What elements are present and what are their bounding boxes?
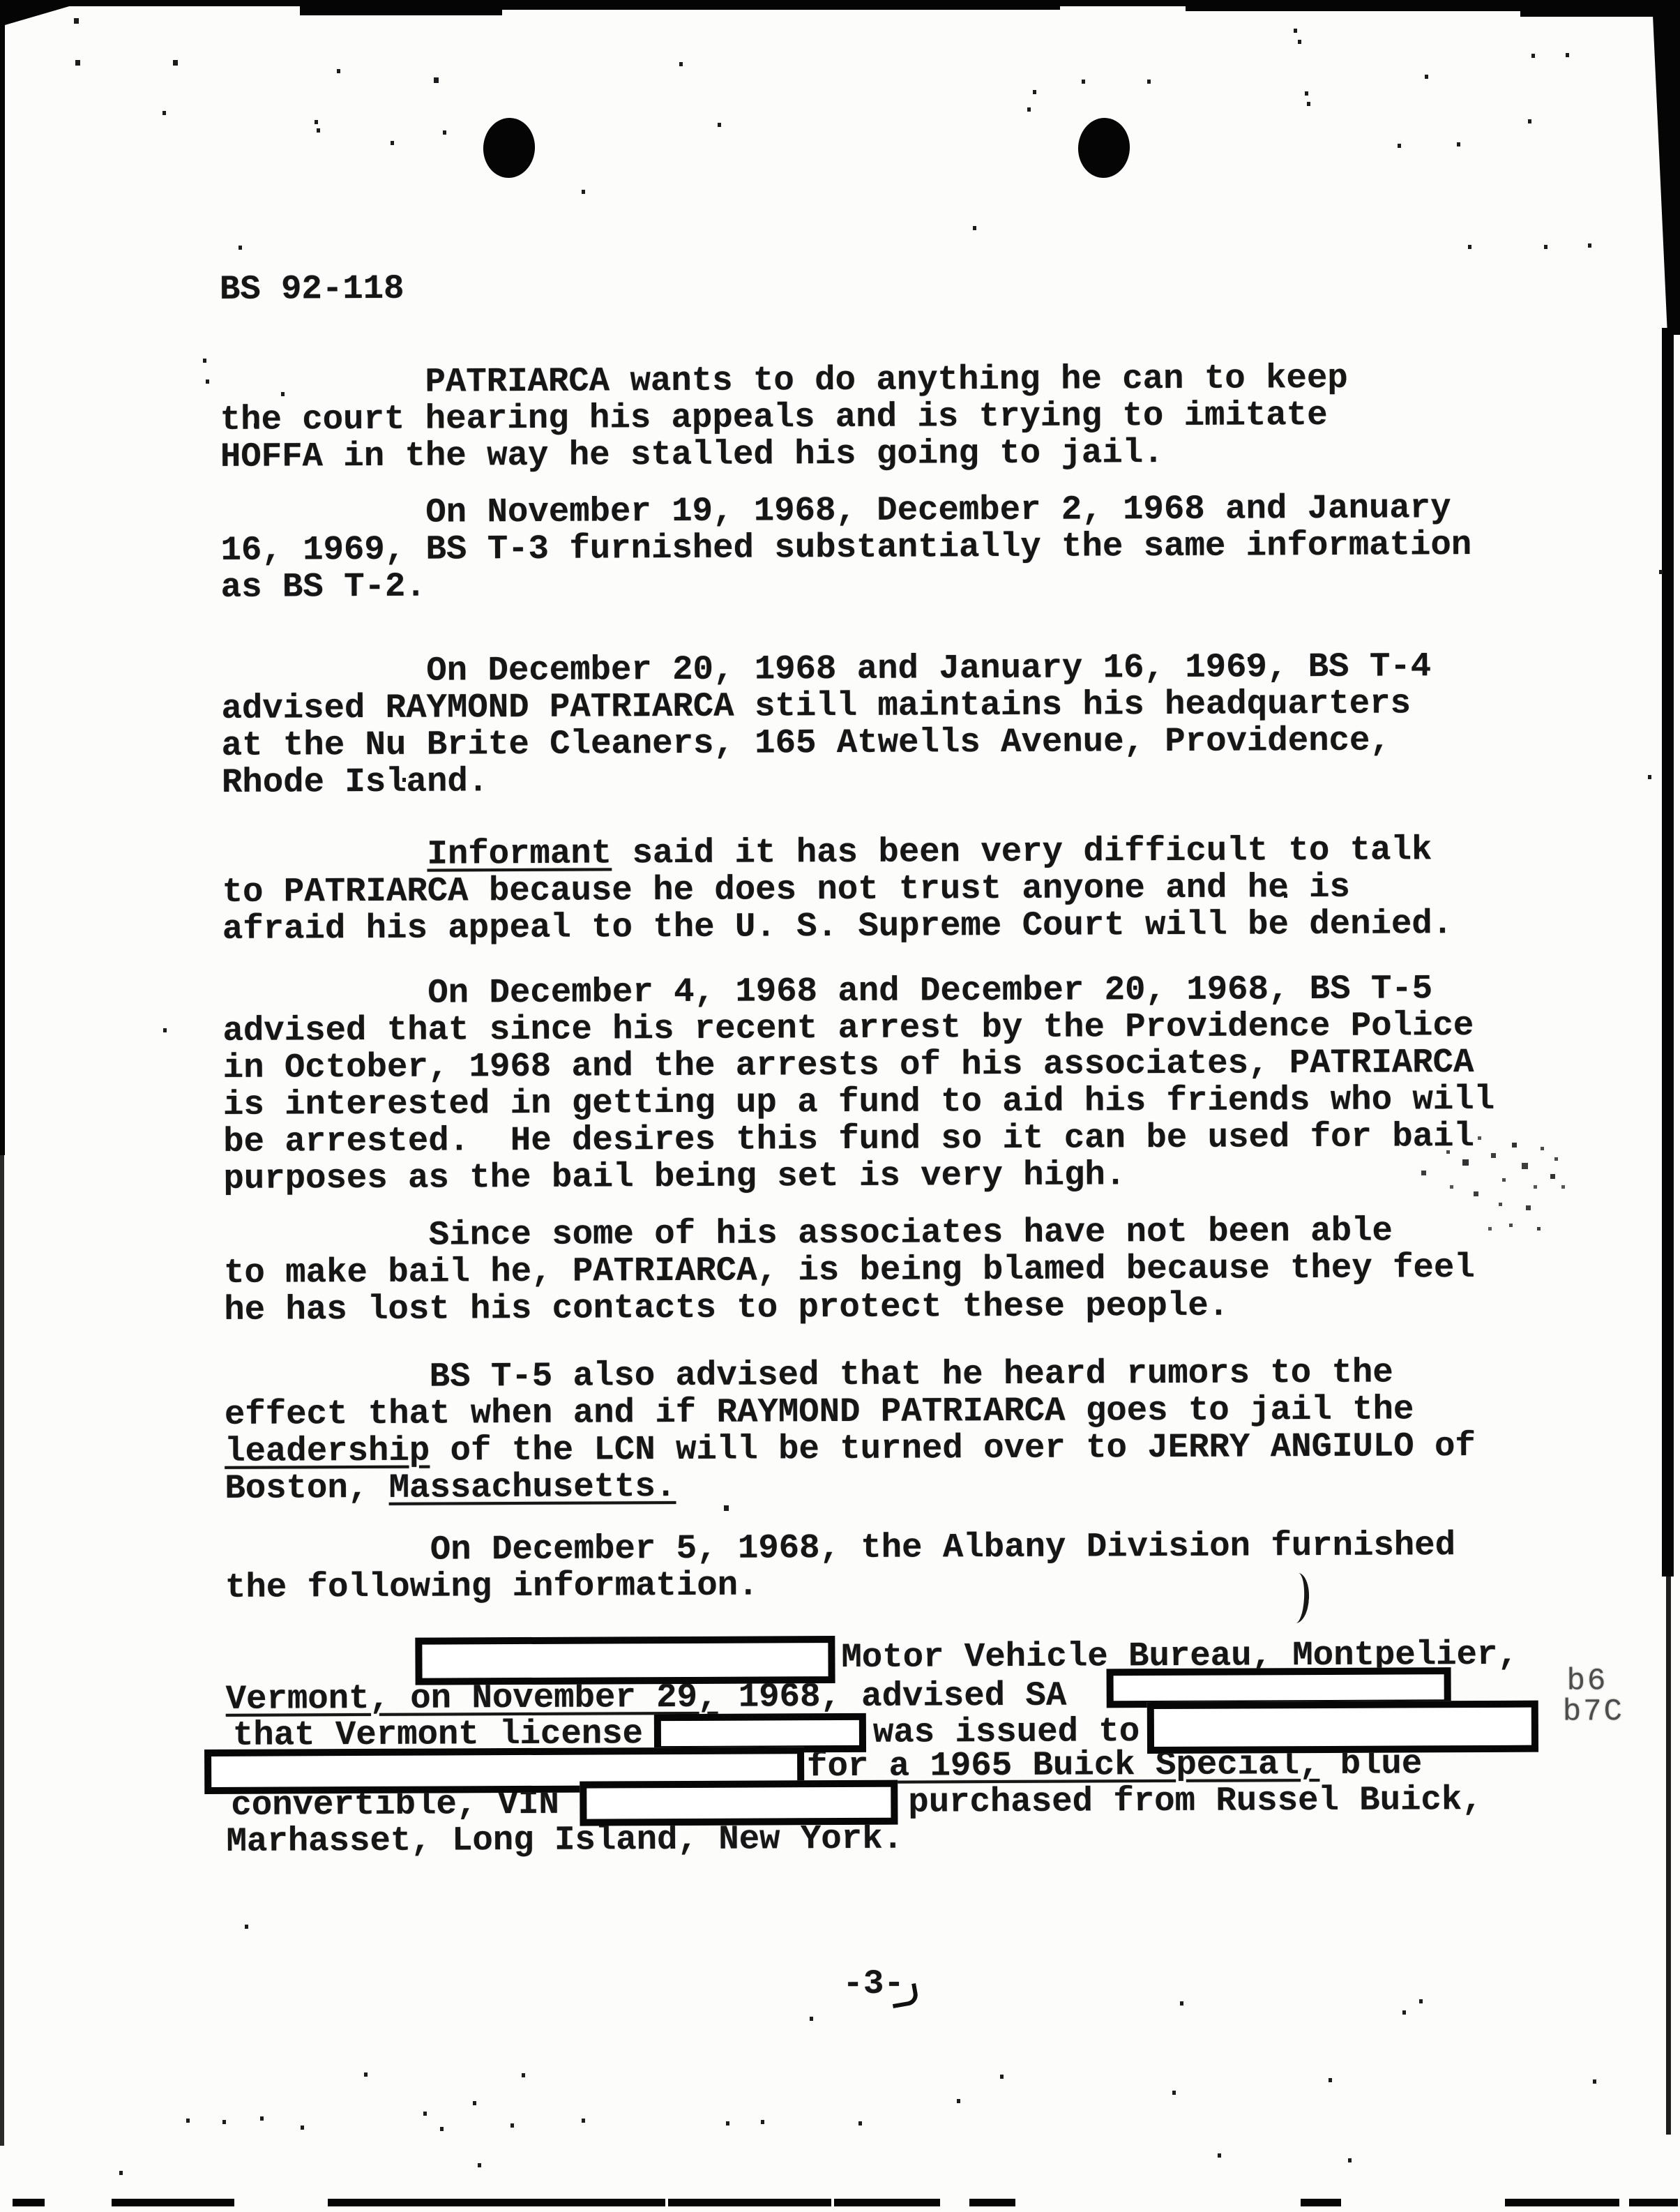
text-segment: Boston, bbox=[225, 1468, 388, 1508]
text-line: to make bail he, PATRIARCA, is being bla… bbox=[224, 1249, 1475, 1292]
text-segment: 16, 1969, BS T-3 furnished substantially… bbox=[220, 525, 1471, 570]
exemption-code-b7c: b7C bbox=[1563, 1696, 1624, 1728]
text-segment: of the LCN will be turned over to JERRY … bbox=[430, 1427, 1476, 1470]
text-line: the following information. bbox=[225, 1564, 1456, 1607]
redaction-box bbox=[580, 1780, 898, 1826]
text-segment: afraid his appeal to the U. S. Supreme C… bbox=[222, 904, 1453, 949]
text-line: as BS T-2. bbox=[221, 564, 1472, 606]
underlined-text: Massachusetts. bbox=[389, 1467, 676, 1507]
text-line: the court hearing his appeals and is try… bbox=[220, 397, 1348, 439]
text-segment: be arrested. He desires this fund so it … bbox=[223, 1117, 1474, 1161]
text-segment: to make bail he, PATRIARCA, is being bla… bbox=[224, 1248, 1475, 1293]
page-number: -3- bbox=[842, 1966, 904, 2003]
text-line: he has lost his contacts to protect thes… bbox=[224, 1286, 1475, 1329]
paragraph: PATRIARCA wants to do anything he can to… bbox=[220, 360, 1348, 476]
text-line: Rhode Island. bbox=[222, 759, 1432, 802]
text-segment: Rhode Island. bbox=[222, 762, 489, 802]
text-segment: he has lost his contacts to protect thes… bbox=[224, 1286, 1229, 1330]
text-line: be arrested. He desires this fund so it … bbox=[223, 1118, 1494, 1161]
text-line: On December 5, 1968, the Albany Division… bbox=[225, 1527, 1456, 1570]
redaction-box bbox=[1147, 1701, 1538, 1754]
text-line: at the Nu Brite Cleaners, 165 Atwells Av… bbox=[222, 722, 1432, 765]
text-line: purposes as the bail being set is very h… bbox=[223, 1155, 1494, 1198]
scanned-document-page: BS 92-118 PATRIARCA wants to do anything… bbox=[0, 0, 1680, 2212]
text-segment: as BS T-2. bbox=[221, 567, 426, 607]
exemption-code-b6: b6 bbox=[1567, 1665, 1608, 1697]
text-line: HOFFA in the way he stalled his going to… bbox=[220, 434, 1348, 476]
text-line: 16, 1969, BS T-3 furnished substantially… bbox=[220, 527, 1471, 569]
redaction-box bbox=[415, 1636, 835, 1685]
file-number: BS 92-118 bbox=[220, 271, 404, 308]
text-segment bbox=[222, 835, 427, 875]
text-line: leadership of the LCN will be turned ove… bbox=[225, 1428, 1476, 1470]
document-content: BS 92-118 PATRIARCA wants to do anything… bbox=[0, 0, 1680, 2212]
paragraph: On December 4, 1968 and December 20, 196… bbox=[222, 970, 1494, 1198]
text-segment: at the Nu Brite Cleaners, 165 Atwells Av… bbox=[222, 721, 1391, 765]
text-line: purchased from Russel Buick, bbox=[908, 1782, 1483, 1821]
paragraph: Since some of his associates have not be… bbox=[224, 1212, 1475, 1329]
text-line: Boston, Massachusetts. bbox=[225, 1465, 1476, 1507]
underlined-text: leadership bbox=[225, 1431, 430, 1471]
text-segment: HOFFA in the way he stalled his going to… bbox=[220, 433, 1164, 476]
paragraph: On December 5, 1968, the Albany Division… bbox=[225, 1527, 1456, 1607]
paragraph: On November 19, 1968, December 2, 1968 a… bbox=[220, 490, 1471, 606]
ink-smudge bbox=[0, 0, 2, 2]
paragraph: Informant said it has been very difficul… bbox=[222, 832, 1453, 948]
text-segment: Marhasset, Long Island, New York. bbox=[226, 1819, 903, 1861]
text-segment: said it has been very difficult to talk bbox=[612, 830, 1432, 873]
text-segment: the following information. bbox=[225, 1566, 759, 1607]
text-line: Marhasset, Long Island, New York. bbox=[226, 1821, 903, 1860]
paragraph: BS T-5 also advised that he heard rumors… bbox=[225, 1354, 1476, 1507]
underlined-text: Informant bbox=[427, 834, 612, 873]
paragraph: On December 20, 1968 and January 16, 196… bbox=[221, 648, 1432, 802]
text-segment: purposes as the bail being set is very h… bbox=[223, 1155, 1126, 1198]
text-line: afraid his appeal to the U. S. Supreme C… bbox=[222, 905, 1453, 948]
text-line: PATRIARCA wants to do anything he can to… bbox=[220, 360, 1347, 402]
text-segment: purchased from Russel Buick, bbox=[908, 1780, 1483, 1822]
text-segment: On December 5, 1968, the Albany Division… bbox=[225, 1526, 1456, 1570]
